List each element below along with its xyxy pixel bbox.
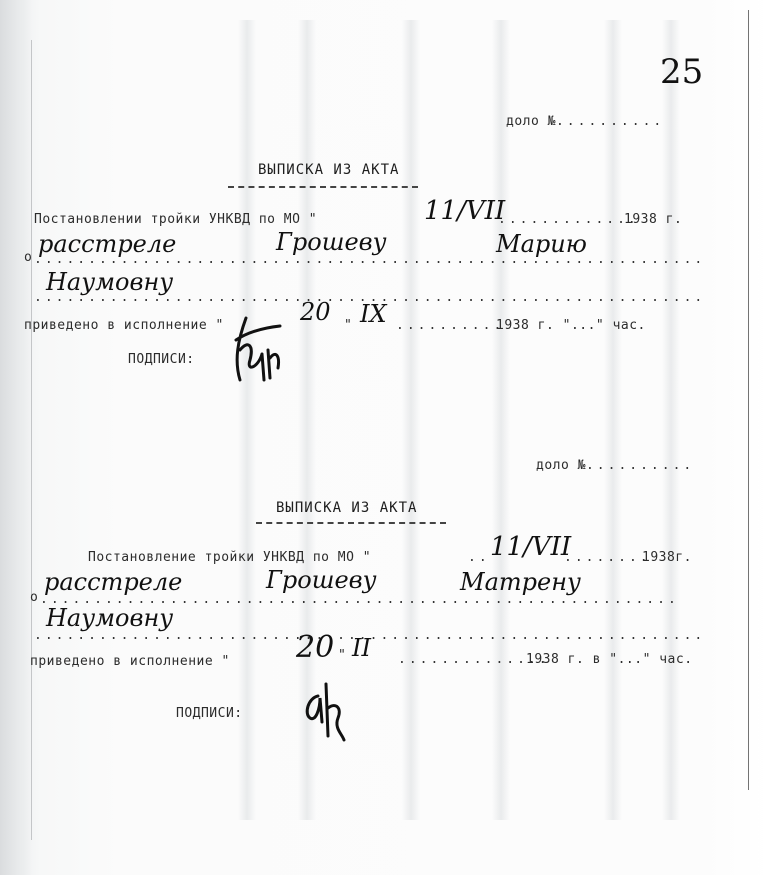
name-handwritten: Матрену	[460, 568, 581, 596]
case-dots: ..........	[556, 114, 664, 129]
executed-month-handwritten: II	[352, 634, 371, 662]
decree-year: 1938г.	[642, 550, 692, 565]
verdict-handwritten: расстреле	[44, 568, 182, 596]
scan-streak	[492, 20, 510, 820]
page-right-edge	[748, 10, 749, 790]
page-number: 25	[660, 52, 703, 92]
case-dots: ..........	[586, 458, 694, 473]
executed-day-handwritten: 20	[296, 630, 334, 665]
case-number: доло №..........	[536, 458, 694, 473]
decree-date-handwritten: 11/VII	[424, 196, 505, 226]
scan-shadow-strip	[0, 0, 32, 875]
scan-streak	[662, 20, 680, 820]
dotted-fill: .............	[498, 212, 639, 227]
quote-mark: "	[338, 648, 346, 663]
patronymic-handwritten: Наумовну	[46, 604, 173, 632]
executed-day-handwritten: 20	[300, 298, 331, 326]
extract-title: ВЫПИСКА ИЗ АКТА	[276, 500, 417, 516]
decree-prefix: Постановлении тройки УНКВД по МО "	[34, 212, 317, 227]
executed-prefix: приведено в исполнение "	[24, 318, 224, 333]
verdict-handwritten: расстреле	[38, 230, 176, 258]
name-handwritten: Марию	[496, 230, 587, 258]
decree-year: 1938 г.	[624, 212, 682, 227]
case-label: доло №	[536, 458, 586, 473]
decree-date-handwritten: 11/VII	[490, 532, 571, 562]
dotted-fill: ..........	[396, 318, 504, 333]
decree-prefix: Постановление тройки УНКВД по МО "	[88, 550, 371, 565]
page-left-edge	[31, 40, 32, 840]
patronymic-handwritten: Наумовну	[46, 268, 173, 296]
executed-year: 1938 г. "..." час.	[496, 318, 646, 333]
signatures-label: ПОДПИСИ:	[128, 352, 195, 367]
executed-year: 1938 г. в "..." час.	[526, 652, 693, 667]
case-number: доло №..........	[506, 114, 664, 129]
title-underline	[256, 522, 446, 524]
scan-streak	[238, 20, 256, 820]
signature-1-icon	[228, 310, 288, 390]
dotted-fill: ..	[468, 550, 490, 565]
surname-handwritten: Грошеву	[276, 228, 387, 256]
executed-prefix: приведено в исполнение "	[30, 654, 230, 669]
quote-mark: "	[344, 318, 352, 333]
signatures-label: ПОДПИСИ:	[176, 706, 243, 721]
dotted-fill: ........	[564, 550, 651, 565]
decree-line: Постановлении тройки УНКВД по МО "	[34, 212, 317, 227]
line-o: о	[24, 250, 32, 265]
surname-handwritten: Грошеву	[266, 566, 377, 594]
case-label: доло №	[506, 114, 556, 129]
line-o: о	[30, 590, 38, 605]
scan-streak	[402, 20, 420, 820]
signature-2-icon	[298, 678, 348, 748]
executed-month-handwritten: IX	[360, 300, 387, 328]
scan-streak	[604, 20, 622, 820]
extract-title: ВЫПИСКА ИЗ АКТА	[258, 162, 399, 178]
document-page: 25 доло №.......... ВЫПИСКА ИЗ АКТА Пост…	[0, 0, 770, 875]
title-underline	[228, 186, 418, 188]
